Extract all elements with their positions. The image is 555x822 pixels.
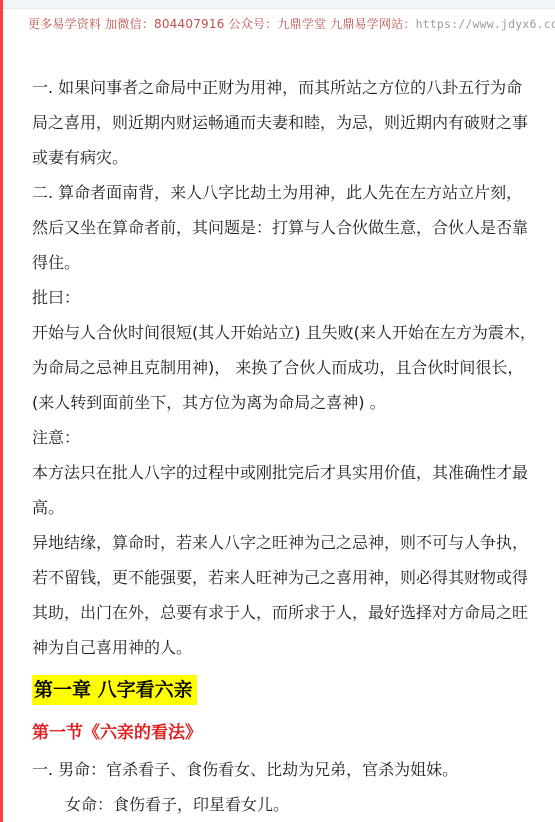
chapter-heading-row: 第一章 八字看六亲 — [32, 675, 542, 707]
paragraph-2: 二. 算命者面南背，来人八字比劫土为用神，此人先在左方站立片刻， 然后又坐在算命… — [32, 175, 542, 280]
text-line-indented: 女命：食伤看子，印星看女儿。 — [32, 787, 542, 822]
text-line: 得住。 — [32, 245, 542, 280]
watermark-text: 更多易学资料 加微信：804407916 公众号：九鼎学堂 九鼎易学网站： — [28, 17, 416, 31]
document-body: 一. 如果问事者之命局中正财为用神，而其所站之方位的八卦五行为命 局之喜用，则近… — [32, 70, 542, 822]
text-line: 注意： — [32, 420, 542, 455]
paragraph-7: 异地结缘，算命时，若来人八字之旺神为己之忌神，则不可与人争执， 若不留钱，更不能… — [32, 525, 542, 665]
text-line: 或妻有病灾。 — [32, 140, 542, 175]
text-line: 神为自己喜用神的人。 — [32, 630, 542, 665]
paragraph-note-label: 注意： — [32, 420, 542, 455]
left-edge-red-bar — [0, 0, 3, 822]
paragraph-note-body: 本方法只在批人八字的过程中或刚批完后才具实用价值，其准确性才最 高。 — [32, 455, 542, 525]
section-heading: 第一节《六亲的看法》 — [32, 718, 542, 748]
paragraph-pi-body: 开始与人合伙时间很短(其人开始站立) 且失败(来人开始在左方为震木， 为命局之忌… — [32, 315, 542, 420]
watermark-url: https://www.jdyx6.com/ — [416, 17, 555, 31]
text-line: 局之喜用，则近期内财运畅通而夫妻和睦，为忌，则近期内有破财之事 — [32, 105, 542, 140]
text-line: 一. 男命：官杀看子、食伤看女、比劫为兄弟，官杀为姐妹。 — [32, 752, 542, 787]
document-page: 更多易学资料 加微信：804407916 公众号：九鼎学堂 九鼎易学网站：htt… — [0, 0, 555, 822]
text-line: 为命局之忌神且克制用神)， 来换了合伙人而成功，且合伙时间很长， — [32, 350, 542, 385]
text-line: 其助，出门在外，总要有求于人，而所求于人，最好选择对方命局之旺 — [32, 595, 542, 630]
paragraph-pi-label: 批曰： — [32, 280, 542, 315]
paragraph-8: 一. 男命：官杀看子、食伤看女、比劫为兄弟，官杀为姐妹。 女命：食伤看子，印星看… — [32, 752, 542, 822]
paragraph-1: 一. 如果问事者之命局中正财为用神，而其所站之方位的八卦五行为命 局之喜用，则近… — [32, 70, 542, 175]
text-line: 二. 算命者面南背，来人八字比劫土为用神，此人先在左方站立片刻， — [32, 175, 542, 210]
text-line: 若不留钱，更不能强要，若来人旺神为己之喜用神，则必得其财物或得 — [32, 560, 542, 595]
text-line: 一. 如果问事者之命局中正财为用神，而其所站之方位的八卦五行为命 — [32, 70, 542, 105]
watermark-header: 更多易学资料 加微信：804407916 公众号：九鼎学堂 九鼎易学网站：htt… — [28, 15, 549, 32]
top-window-strip — [0, 0, 555, 9]
text-line: 本方法只在批人八字的过程中或刚批完后才具实用价值，其准确性才最 — [32, 455, 542, 490]
text-line: 然后又坐在算命者前，其问题是：打算与人合伙做生意，合伙人是否靠 — [32, 210, 542, 245]
chapter-heading-highlight: 第一章 八字看六亲 — [32, 675, 197, 705]
text-line: 开始与人合伙时间很短(其人开始站立) 且失败(来人开始在左方为震木， — [32, 315, 542, 350]
text-line: 高。 — [32, 490, 542, 525]
text-line: 批曰： — [32, 280, 542, 315]
text-line: (来人转到面前坐下，其方位为离为命局之喜神) 。 — [32, 385, 542, 420]
text-line: 异地结缘，算命时，若来人八字之旺神为己之忌神，则不可与人争执， — [32, 525, 542, 560]
